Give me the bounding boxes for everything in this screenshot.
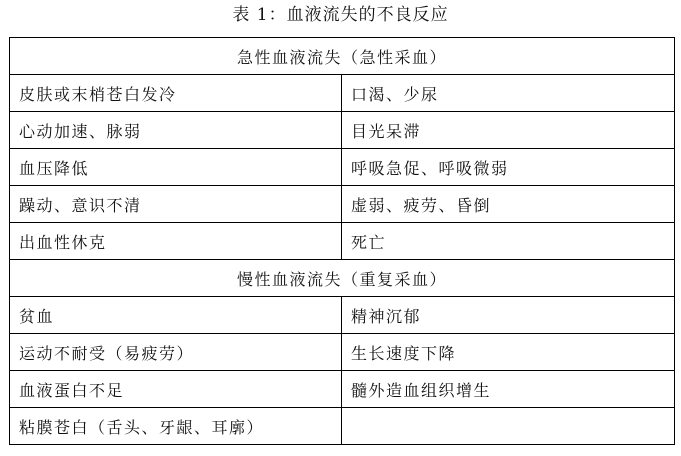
table-cell: 虚弱、疲劳、昏倒 <box>342 186 675 223</box>
table-cell-empty <box>342 408 675 445</box>
adverse-reactions-table: 急性血液流失（急性采血） 皮肤或末梢苍白发冷 口渴、少尿 心动加速、脉弱 目光呆… <box>9 37 675 445</box>
table-cell: 心动加速、脉弱 <box>10 112 342 149</box>
table-cell: 目光呆滞 <box>342 112 675 149</box>
table-cell: 血液蛋白不足 <box>10 371 342 408</box>
table-caption: 表 1：血液流失的不良反应 <box>0 4 681 26</box>
table-cell: 髓外造血组织增生 <box>342 371 675 408</box>
table-row: 血液蛋白不足 髓外造血组织增生 <box>10 371 675 408</box>
table-cell: 运动不耐受（易疲劳） <box>10 334 342 371</box>
table-cell: 呼吸急促、呼吸微弱 <box>342 149 675 186</box>
table-cell: 粘膜苍白（舌头、牙龈、耳廓） <box>10 408 342 445</box>
section-title-chronic: 慢性血液流失（重复采血） <box>10 260 675 297</box>
table-cell: 贫血 <box>10 297 342 334</box>
table-row: 心动加速、脉弱 目光呆滞 <box>10 112 675 149</box>
table-cell: 出血性休克 <box>10 223 342 260</box>
section-header-row: 慢性血液流失（重复采血） <box>10 260 675 297</box>
table-cell: 口渴、少尿 <box>342 75 675 112</box>
table-row: 出血性休克 死亡 <box>10 223 675 260</box>
table-cell: 生长速度下降 <box>342 334 675 371</box>
table-row: 皮肤或末梢苍白发冷 口渴、少尿 <box>10 75 675 112</box>
table-row: 血压降低 呼吸急促、呼吸微弱 <box>10 149 675 186</box>
section-title-acute: 急性血液流失（急性采血） <box>10 38 675 75</box>
table-cell: 皮肤或末梢苍白发冷 <box>10 75 342 112</box>
table-cell: 血压降低 <box>10 149 342 186</box>
table-cell: 精神沉郁 <box>342 297 675 334</box>
table-row: 躁动、意识不清 虚弱、疲劳、昏倒 <box>10 186 675 223</box>
section-header-row: 急性血液流失（急性采血） <box>10 38 675 75</box>
table-cell: 死亡 <box>342 223 675 260</box>
table-cell: 躁动、意识不清 <box>10 186 342 223</box>
table-row: 贫血 精神沉郁 <box>10 297 675 334</box>
table-row: 运动不耐受（易疲劳） 生长速度下降 <box>10 334 675 371</box>
table-row: 粘膜苍白（舌头、牙龈、耳廓） <box>10 408 675 445</box>
